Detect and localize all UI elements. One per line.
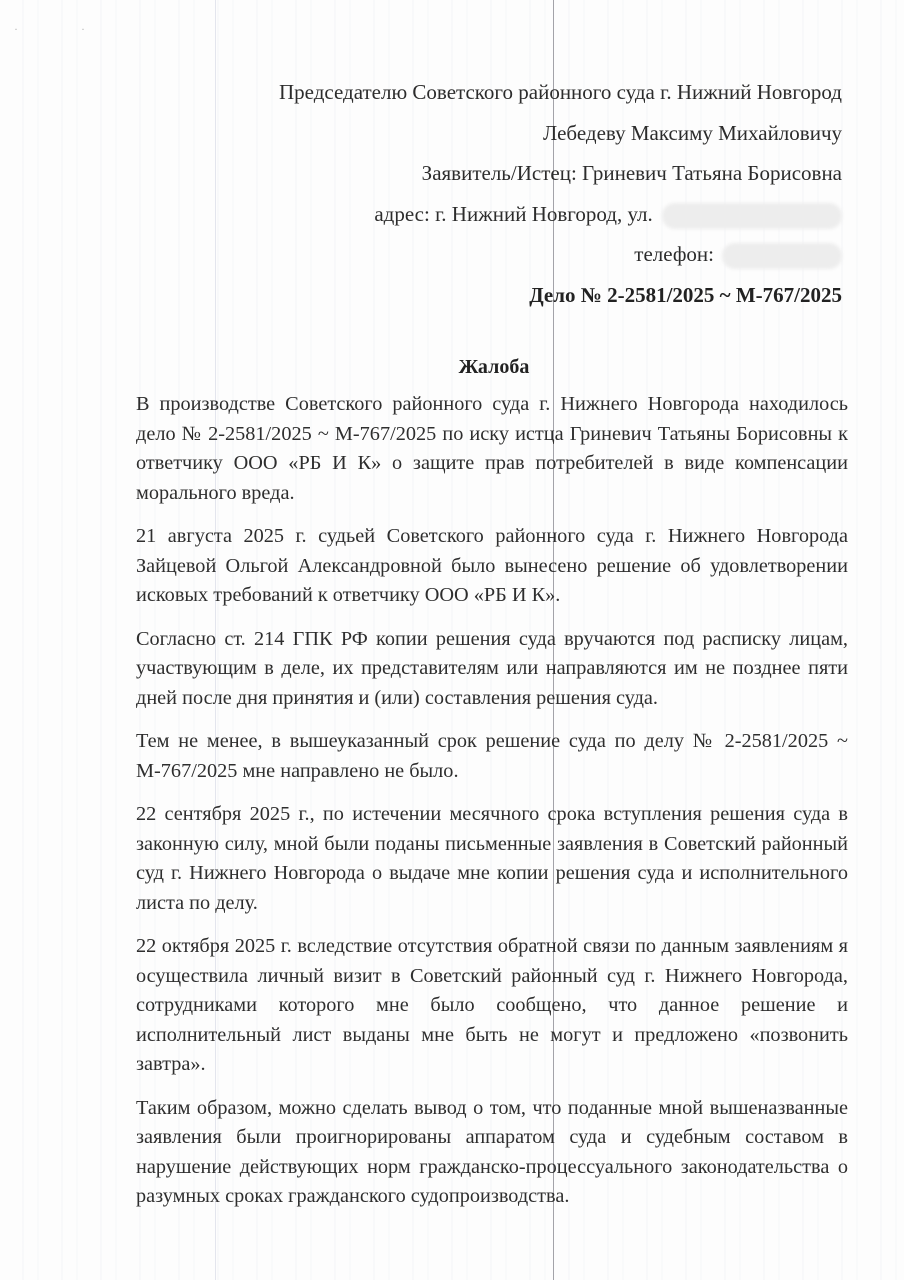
paragraph-decision: 21 августа 2025 г. судьей Советского рай… xyxy=(136,522,848,611)
scan-corner-marks: · · xyxy=(14,22,115,37)
document-body: В производстве Советского районного суда… xyxy=(136,390,848,1226)
paragraph-not-sent: Тем не менее, в вышеуказанный срок решен… xyxy=(136,727,848,786)
phone-label: телефон: xyxy=(634,242,714,266)
address-label: адрес: г. Нижний Новгород, ул. xyxy=(374,202,658,226)
paragraph-case-intro: В производстве Советского районного суда… xyxy=(136,390,848,508)
addressee-line-1: Председателю Советского районного суда г… xyxy=(279,72,842,113)
redacted-phone xyxy=(722,243,842,269)
address-line: адрес: г. Нижний Новгород, ул. xyxy=(279,194,842,235)
document-title: Жалоба xyxy=(0,356,904,379)
case-number: Дело № 2-2581/2025 ~ М-767/2025 xyxy=(279,275,842,316)
phone-line: телефон: xyxy=(279,234,842,275)
scanned-page: · · Председателю Советского районного су… xyxy=(0,0,904,1280)
redacted-address xyxy=(662,203,842,229)
paragraph-personal-visit: 22 октября 2025 г. вследствие отсутствия… xyxy=(136,932,848,1080)
applicant-line: Заявитель/Истец: Гриневич Татьяна Борисо… xyxy=(279,153,842,194)
paragraph-conclusion: Таким образом, можно сделать вывод о том… xyxy=(136,1094,848,1212)
paragraph-law-reference: Согласно ст. 214 ГПК РФ копии решения су… xyxy=(136,625,848,714)
paragraph-applications-filed: 22 сентября 2025 г., по истечении месячн… xyxy=(136,800,848,918)
addressee-line-2: Лебедеву Максиму Михайловичу xyxy=(279,113,842,154)
document-header: Председателю Советского районного суда г… xyxy=(279,72,842,315)
